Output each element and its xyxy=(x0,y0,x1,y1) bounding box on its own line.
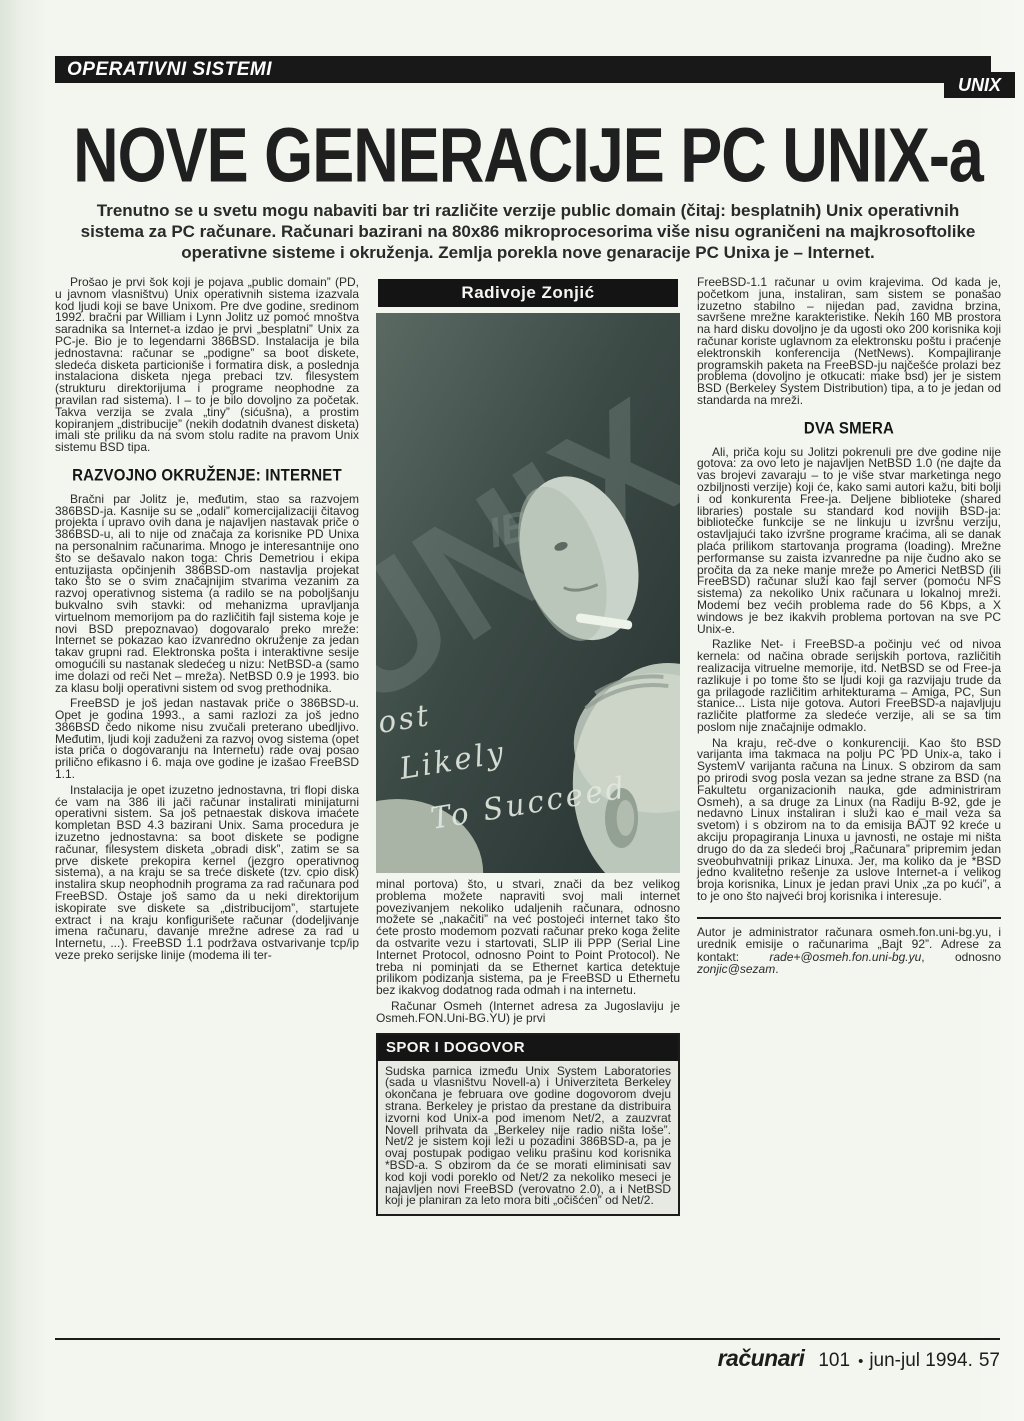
author-byline: Radivoje Zonjić xyxy=(378,279,678,307)
author-note-text: , odnosno xyxy=(921,950,1001,964)
article-photo: UNIX IBM xyxy=(376,313,680,873)
left-top-paragraphs: Prošao je prvi šok koji je pojava „publi… xyxy=(55,277,359,454)
issue-number: 101 xyxy=(818,1350,850,1371)
sidebar-box-body: Sudska parnica između Unix System Labora… xyxy=(378,1061,678,1215)
left-bottom-paragraphs: Bračni par Jolitz je, međutim, stao sa r… xyxy=(55,494,359,962)
issue-date: jun-jul 1994. xyxy=(869,1350,973,1371)
paragraph: Ali, priča koju su Jolitzi pokrenuli pre… xyxy=(697,447,1001,636)
topic-label: UNIX xyxy=(944,72,1015,98)
column-right: FreeBSD-1.1 računar u ovim krajevima. Od… xyxy=(697,277,1001,1216)
section-header-bar: OPERATIVNI SISTEMI UNIX xyxy=(55,50,1001,96)
paragraph: minal portova) što, u stvari, znači da b… xyxy=(376,879,680,997)
paragraph: Bračni par Jolitz je, međutim, stao sa r… xyxy=(55,494,359,695)
photo-illustration: UNIX IBM xyxy=(376,313,680,873)
article-title: NOVE GENERACIJE PC UNIX-a xyxy=(55,112,1001,212)
section-label: OPERATIVNI SISTEMI xyxy=(55,56,991,83)
sidebar-box-title: SPOR I DOGOVOR xyxy=(378,1035,678,1061)
middle-paragraphs: minal portova) što, u stvari, znači da b… xyxy=(376,879,680,1025)
paragraph: Računar Osmeh (Internet adresa za Jugosl… xyxy=(376,1001,680,1025)
author-note: Autor je administrator računara osmeh.fo… xyxy=(697,917,1001,976)
right-bottom-paragraphs: Ali, priča koju su Jolitzi pokrenuli pre… xyxy=(697,447,1001,903)
section-heading-dva-smera: DVA SMERA xyxy=(697,422,1001,435)
page-footer: računari101•jun-jul 1994.57 xyxy=(55,1338,1000,1372)
magazine-logo: računari xyxy=(718,1345,805,1371)
column-middle: Radivoje Zonjić UNIX IBM xyxy=(376,277,680,1216)
footer-bullet: • xyxy=(858,1353,863,1370)
author-note-text: . xyxy=(775,962,778,976)
paragraph: Prošao je prvi šok koji je pojava „publi… xyxy=(55,277,359,454)
section-heading-internet: RAZVOJNO OKRUŽENJE: INTERNET xyxy=(55,469,359,482)
magazine-page: OPERATIVNI SISTEMI UNIX NOVE GENERACIJE … xyxy=(0,0,1024,1421)
paragraph: FreeBSD je još jedan nastavak priče o 38… xyxy=(55,698,359,781)
sidebar-box-spor: SPOR I DOGOVOR Sudska parnica između Uni… xyxy=(376,1033,680,1217)
paragraph: Razlike Net- i FreeBSD-a počinju već od … xyxy=(697,639,1001,733)
article-columns: Prošao je prvi šok koji je pojava „publi… xyxy=(55,277,1001,1216)
paragraph: Instalacija je opet izuzetno jednostavna… xyxy=(55,785,359,962)
right-top-paragraphs: FreeBSD-1.1 računar u ovim krajevima. Od… xyxy=(697,277,1001,407)
page-number: 57 xyxy=(979,1350,1000,1371)
paragraph: Na kraju, reč-dve o konkurenciji. Kao št… xyxy=(697,738,1001,903)
paragraph: FreeBSD-1.1 računar u ovim krajevima. Od… xyxy=(697,277,1001,407)
sidebar-box-text: Sudska parnica između Unix System Labora… xyxy=(385,1066,671,1208)
contact-address: zonjic@sezam xyxy=(697,962,775,976)
contact-address: rade+@osmeh.fon.uni-bg.yu xyxy=(769,950,921,964)
column-left: Prošao je prvi šok koji je pojava „publi… xyxy=(55,277,359,1216)
